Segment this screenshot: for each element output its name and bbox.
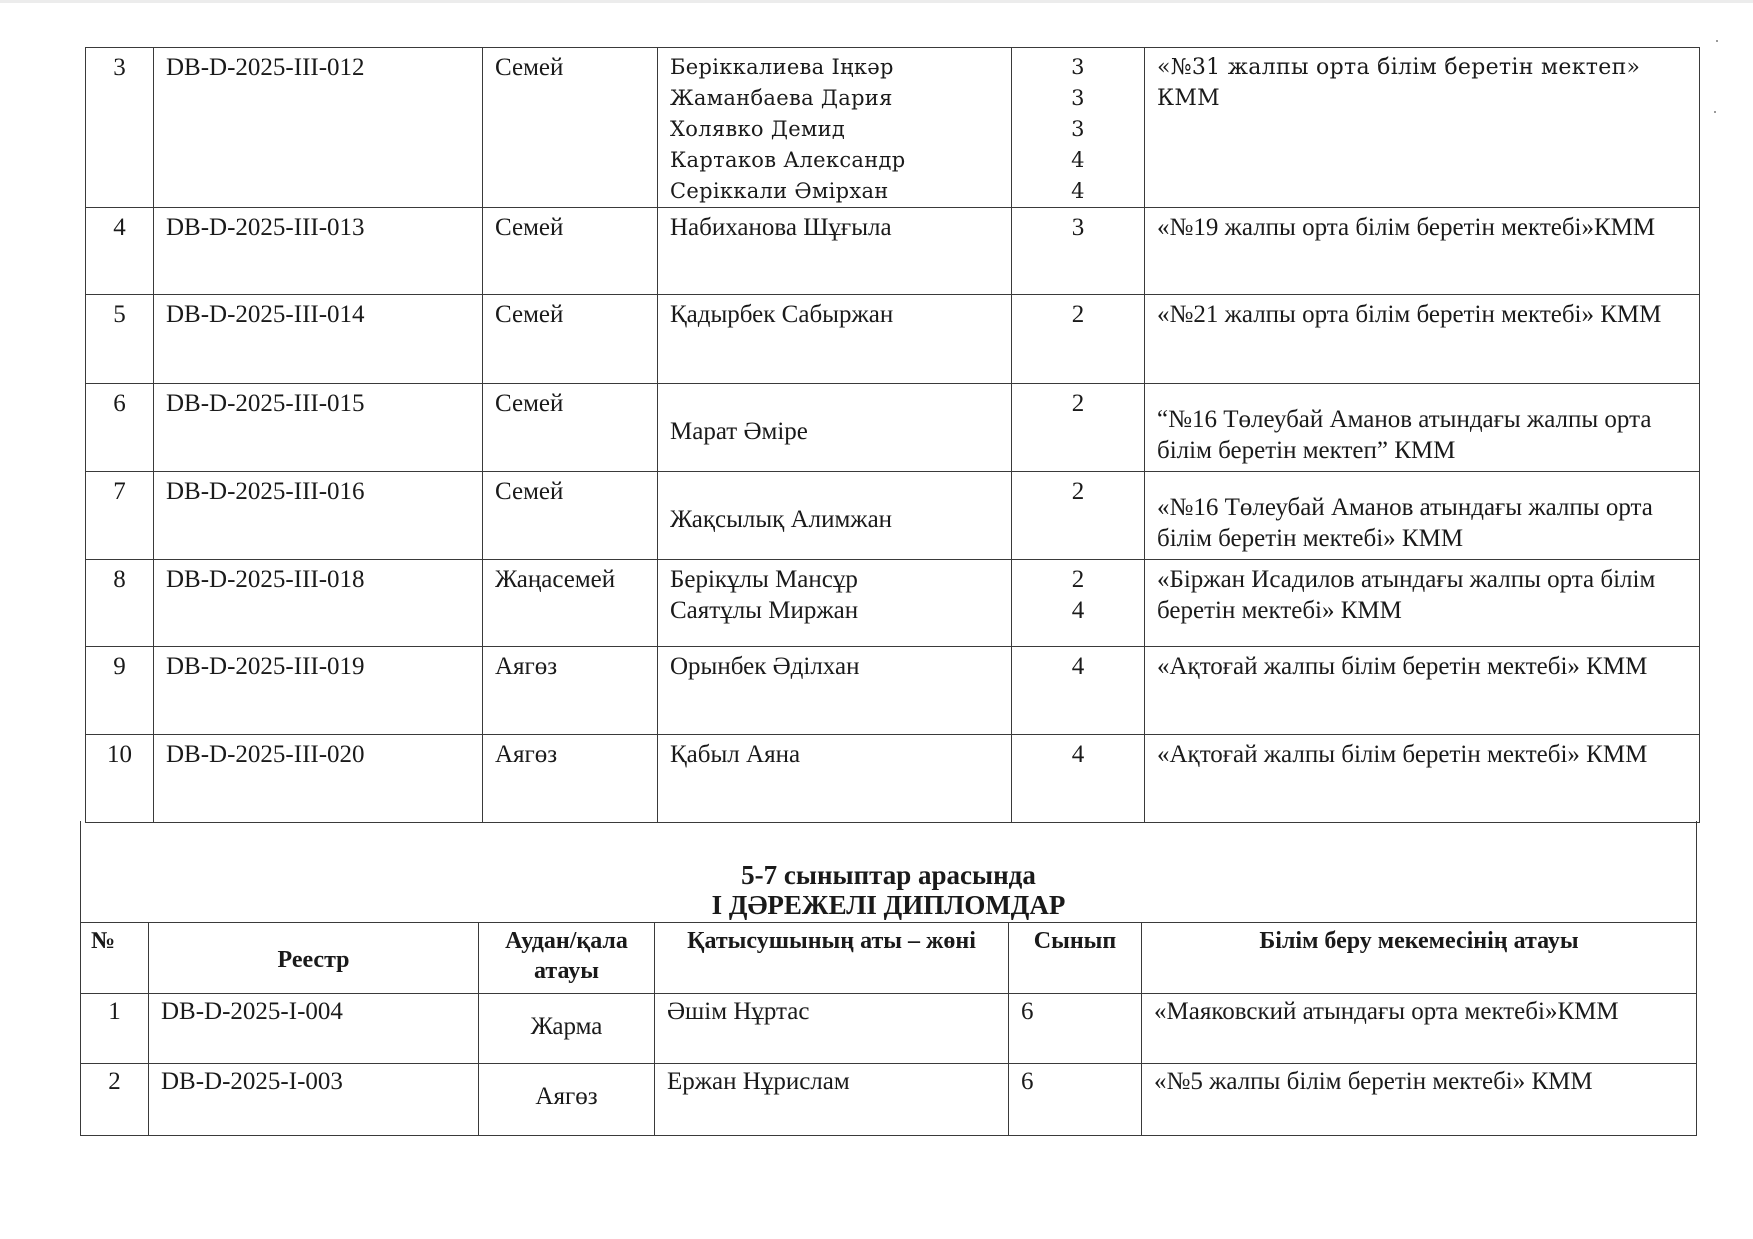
registry-code: DB-D-2025-III-012 — [154, 48, 483, 208]
district: Аягөз — [479, 1064, 655, 1136]
participant-name: Берікұлы Мансұр — [670, 564, 1011, 595]
school-name: “№16 Төлеубай Аманов атындағы жалпы орта… — [1145, 384, 1700, 472]
school-name: «№31 жалпы орта білім беретін мектеп» КМ… — [1145, 48, 1700, 208]
scan-speck — [1714, 111, 1716, 113]
header-grade: Сынып — [1009, 923, 1142, 994]
grade: 4 — [1012, 647, 1145, 735]
scan-speck — [1716, 40, 1718, 42]
participant-name: Әшім Нұртас — [655, 994, 1009, 1064]
registry-code: DB-D-2025-III-020 — [154, 735, 483, 823]
registry-code: DB-D-2025-I-003 — [149, 1064, 479, 1136]
table-row: 3 DB-D-2025-III-012 Семей Беріккалиева І… — [86, 48, 1700, 208]
registry-code: DB-D-2025-III-016 — [154, 472, 483, 560]
grade-list: 2 4 — [1012, 560, 1145, 647]
row-number: 5 — [86, 295, 154, 384]
table-row: 2 DB-D-2025-I-003 Аягөз Ержан Нұрислам 6… — [81, 1064, 1697, 1136]
school-name: «№5 жалпы білім беретін мектебі» КММ — [1142, 1064, 1697, 1136]
grade: 6 — [1009, 994, 1142, 1064]
school-name: «Ақтоғай жалпы білім беретін мектебі» КМ… — [1145, 735, 1700, 823]
district: Семей — [483, 295, 658, 384]
registry-code: DB-D-2025-III-013 — [154, 208, 483, 295]
district: Аягөз — [483, 647, 658, 735]
school-name: «№21 жалпы орта білім беретін мектебі» К… — [1145, 295, 1700, 384]
district: Семей — [483, 472, 658, 560]
participant-name: Саятұлы Миржан — [670, 595, 1011, 626]
grade: 6 — [1009, 1064, 1142, 1136]
school-name: «№19 жалпы орта білім беретін мектебі»КМ… — [1145, 208, 1700, 295]
district: Жаңасемей — [483, 560, 658, 647]
grade: 3 — [1012, 208, 1145, 295]
row-number: 8 — [86, 560, 154, 647]
row-number: 9 — [86, 647, 154, 735]
registry-code: DB-D-2025-III-018 — [154, 560, 483, 647]
section-title-box: 5-7 сыныптар арасында І ДӘРЕЖЕЛІ ДИПЛОМД… — [80, 821, 1697, 922]
participant-name: Марат Әміре — [658, 384, 1012, 472]
participant-list: Беріккалиева Іңкәр Жаманбаева Дария Холя… — [658, 48, 1012, 208]
row-number: 6 — [86, 384, 154, 472]
participant-name: Холявко Демид — [670, 114, 1011, 145]
registry-code: DB-D-2025-I-004 — [149, 994, 479, 1064]
district: Аягөз — [483, 735, 658, 823]
table-row: 1 DB-D-2025-I-004 Жарма Әшім Нұртас 6 «М… — [81, 994, 1697, 1064]
section-title-line1: 5-7 сыныптар арасында — [81, 861, 1696, 889]
section-title-line2: І ДӘРЕЖЕЛІ ДИПЛОМДАР — [81, 891, 1696, 919]
grade: 2 — [1012, 472, 1145, 560]
participant-name: Қабыл Аяна — [658, 735, 1012, 823]
lower-results-table: № Реестр Аудан/қала атауы Қатысушының ат… — [80, 922, 1697, 1136]
scan-edge — [0, 0, 1753, 3]
participant-name: Жақсылық Алимжан — [658, 472, 1012, 560]
header-school: Білім беру мекемесінің атауы — [1142, 923, 1697, 994]
grade: 4 — [1012, 176, 1144, 207]
participant-name: Серіккали Әмірхан — [670, 176, 1011, 207]
district: Семей — [483, 48, 658, 208]
table-header-row: № Реестр Аудан/қала атауы Қатысушының ат… — [81, 923, 1697, 994]
table-row: 10 DB-D-2025-III-020 Аягөз Қабыл Аяна 4 … — [86, 735, 1700, 823]
participant-name: Беріккалиева Іңкәр — [670, 52, 1011, 83]
row-number: 10 — [86, 735, 154, 823]
district: Жарма — [479, 994, 655, 1064]
district: Семей — [483, 384, 658, 472]
participant-name: Қадырбек Сабыржан — [658, 295, 1012, 384]
participant-list: Берікұлы Мансұр Саятұлы Миржан — [658, 560, 1012, 647]
grade: 4 — [1012, 145, 1144, 176]
row-number: 2 — [81, 1064, 149, 1136]
grade: 2 — [1012, 564, 1144, 595]
table-row: 7 DB-D-2025-III-016 Семей Жақсылық Алимж… — [86, 472, 1700, 560]
table-row: 5 DB-D-2025-III-014 Семей Қадырбек Сабыр… — [86, 295, 1700, 384]
grade: 4 — [1012, 735, 1145, 823]
header-registry: Реестр — [149, 923, 479, 994]
grade: 3 — [1012, 114, 1144, 145]
table-row: 4 DB-D-2025-III-013 Семей Набиханова Шұғ… — [86, 208, 1700, 295]
upper-results-table: 3 DB-D-2025-III-012 Семей Беріккалиева І… — [85, 47, 1700, 823]
table-row: 6 DB-D-2025-III-015 Семей Марат Әміре 2 … — [86, 384, 1700, 472]
table-row: 9 DB-D-2025-III-019 Аягөз Орынбек Әділха… — [86, 647, 1700, 735]
school-name: «№16 Төлеубай Аманов атындағы жалпы орта… — [1145, 472, 1700, 560]
registry-code: DB-D-2025-III-015 — [154, 384, 483, 472]
grade-list: 3 3 3 4 4 — [1012, 48, 1145, 208]
table-row: 8 DB-D-2025-III-018 Жаңасемей Берікұлы М… — [86, 560, 1700, 647]
header-no: № — [81, 923, 149, 994]
row-number: 4 — [86, 208, 154, 295]
participant-name: Картаков Александр — [670, 145, 1011, 176]
header-participant: Қатысушының аты – жөні — [655, 923, 1009, 994]
grade: 3 — [1012, 83, 1144, 114]
row-number: 1 — [81, 994, 149, 1064]
school-name: «Ақтоғай жалпы білім беретін мектебі» КМ… — [1145, 647, 1700, 735]
participant-name: Набиханова Шұғыла — [658, 208, 1012, 295]
row-number: 3 — [86, 48, 154, 208]
participant-name: Орынбек Әділхан — [658, 647, 1012, 735]
school-name: «Біржан Исадилов атындағы жалпы орта біл… — [1145, 560, 1700, 647]
participant-name: Жаманбаева Дария — [670, 83, 1011, 114]
grade: 3 — [1012, 52, 1144, 83]
grade: 2 — [1012, 295, 1145, 384]
registry-code: DB-D-2025-III-014 — [154, 295, 483, 384]
participant-name: Ержан Нұрислам — [655, 1064, 1009, 1136]
row-number: 7 — [86, 472, 154, 560]
registry-code: DB-D-2025-III-019 — [154, 647, 483, 735]
grade: 2 — [1012, 384, 1145, 472]
header-district: Аудан/қала атауы — [479, 923, 655, 994]
district: Семей — [483, 208, 658, 295]
grade: 4 — [1012, 595, 1144, 626]
school-name: «Маяковский атындағы орта мектебі»КММ — [1142, 994, 1697, 1064]
